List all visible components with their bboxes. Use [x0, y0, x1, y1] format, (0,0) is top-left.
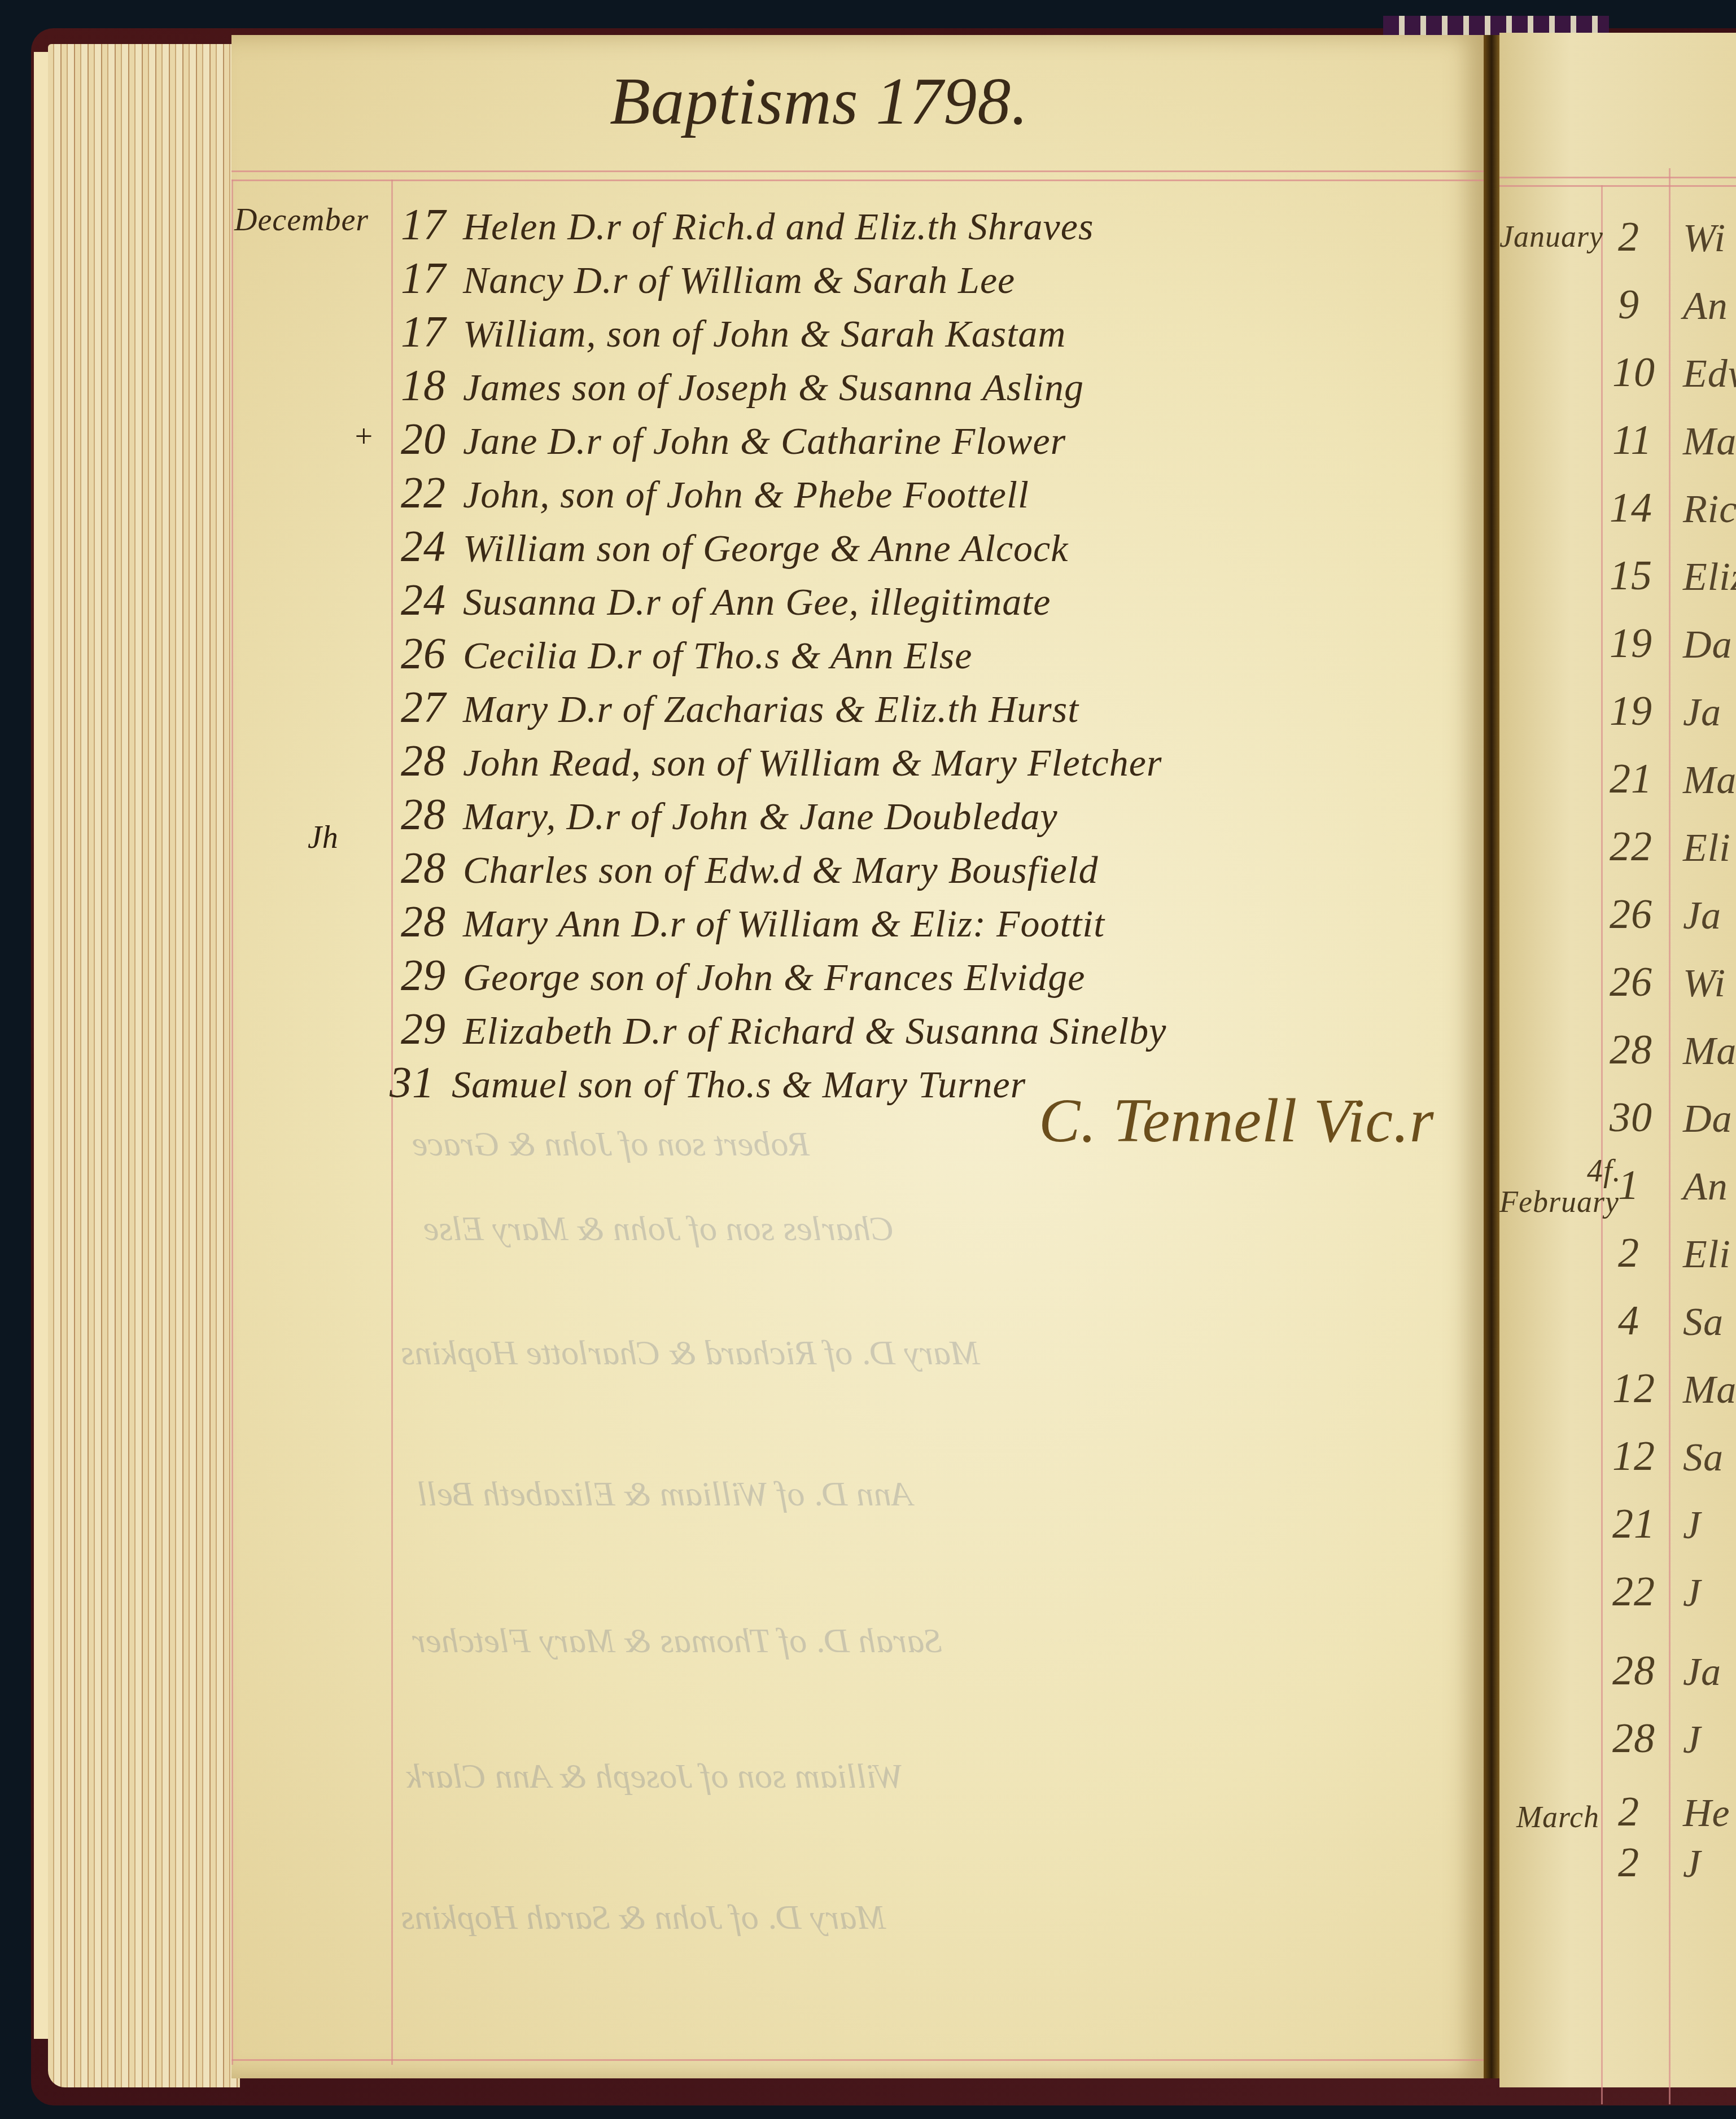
entry-day: 2: [1618, 1788, 1639, 1836]
entry-day: 29: [401, 1003, 446, 1054]
entry-day: 14: [1610, 484, 1652, 532]
entry-day: 19: [1610, 620, 1652, 668]
bleed-through-text: Ann D. of William & Elizabeth Bell: [418, 1474, 913, 1514]
entry-day: 19: [1610, 688, 1652, 735]
entry-text: Ja: [1683, 690, 1721, 735]
margin-mark: 4f.: [1587, 1153, 1621, 1189]
entry-day: 26: [1610, 891, 1652, 939]
entry-day: 4: [1618, 1297, 1639, 1345]
entry-day: 27: [401, 681, 446, 732]
entry-text: Da: [1683, 1097, 1733, 1142]
entry-day: 20: [401, 413, 446, 464]
footer-rule: [231, 2059, 1485, 2061]
header-rule: [231, 170, 1485, 172]
entry-day: 17: [401, 199, 446, 249]
vicar-signature: C. Tennell Vic.r: [1039, 1085, 1434, 1157]
entry-text: An: [1683, 1164, 1728, 1210]
entry-day: 28: [1612, 1647, 1655, 1695]
month-label: January: [1499, 219, 1603, 254]
bleed-through-text: Sarah D. of Thomas & Mary Fletcher: [412, 1621, 942, 1661]
entry-day: 28: [1612, 1715, 1655, 1763]
bleed-through-text: Mary D. of Richard & Charlotte Hopkins: [401, 1333, 980, 1373]
book-gutter: [1484, 35, 1499, 2078]
entry-day: 2: [1618, 1229, 1639, 1277]
entry-text: Jane D.r of John & Catharine Flower: [463, 419, 1066, 463]
entry-day: 22: [1610, 823, 1652, 871]
entry-day: 17: [401, 252, 446, 303]
page-title: Baptisms 1798.: [610, 63, 1029, 140]
entry-day: 31: [390, 1057, 435, 1107]
entry-day: 26: [1610, 958, 1652, 1006]
entry-text: Mary D.r of Zacharias & Eliz.th Hurst: [463, 687, 1079, 732]
entry-day: 28: [401, 789, 446, 839]
entry-day: 22: [401, 467, 446, 518]
entry-day: 28: [401, 735, 446, 786]
entry-day: 24: [401, 574, 446, 625]
entry-day: 11: [1612, 417, 1652, 465]
entry-day: 29: [401, 949, 446, 1000]
bleed-through-text: William son of Joseph & Ann Clark: [406, 1757, 904, 1797]
entry-day: 22: [1612, 1568, 1655, 1616]
entry-day: 17: [401, 306, 446, 357]
entry-text: Ma: [1683, 419, 1736, 465]
bleed-through-text: Mary D. of John & Sarah Hopkins: [401, 1898, 886, 1938]
entry-text: Mary Ann D.r of William & Eliz: Foottit: [463, 901, 1105, 946]
entry-day: 28: [401, 842, 446, 893]
entry-text: Charles son of Edw.d & Mary Bousfield: [463, 848, 1099, 892]
entry-day: 2: [1618, 1839, 1639, 1887]
entry-day: 30: [1610, 1094, 1652, 1142]
entry-text: Da: [1683, 623, 1733, 668]
entry-text: George son of John & Frances Elvidge: [463, 955, 1085, 1000]
entry-text: J: [1683, 1503, 1701, 1548]
entry-text: Susanna D.r of Ann Gee, illegitimate: [463, 580, 1051, 624]
entry-day: 28: [1610, 1026, 1652, 1074]
entry-text: Wi: [1683, 216, 1726, 261]
entry-day: 12: [1612, 1365, 1655, 1413]
day-column-rule: [1669, 168, 1671, 2104]
entry-text: Ma: [1683, 1368, 1736, 1413]
entry-text: Ric: [1683, 487, 1736, 532]
entry-text: Helen D.r of Rich.d and Eliz.th Shraves: [463, 204, 1094, 249]
entry-text: Samuel son of Tho.s & Mary Turner: [452, 1062, 1026, 1107]
entry-text: J: [1683, 1571, 1701, 1616]
entry-text: Mary, D.r of John & Jane Doubleday: [463, 794, 1058, 839]
bleed-through-text: Robert son of John & Grace: [412, 1124, 810, 1164]
entry-day: 24: [401, 520, 446, 571]
entry-text: John, son of John & Phebe Foottell: [463, 472, 1029, 517]
entry-day: 1: [1618, 1162, 1639, 1210]
entry-text: Ma: [1683, 1029, 1736, 1074]
entry-day: 26: [401, 628, 446, 678]
left-page: Robert son of John & Grace Charles son o…: [231, 35, 1485, 2078]
month-label: December: [234, 202, 369, 238]
entry-text: James son of Joseph & Susanna Asling: [463, 365, 1084, 410]
day-column-rule: [391, 179, 393, 2065]
entry-text: William, son of John & Sarah Kastam: [463, 312, 1066, 356]
entry-text: Cecilia D.r of Tho.s & Ann Else: [463, 633, 972, 678]
margin-mark: +: [353, 419, 375, 455]
entry-text: Eli: [1683, 826, 1731, 871]
margin-rule: [231, 179, 233, 2065]
entry-day: 15: [1610, 552, 1652, 600]
entry-day: 10: [1612, 349, 1655, 397]
margin-rule: [1601, 185, 1603, 2104]
entry-text: Edw: [1683, 352, 1736, 397]
entry-text: Eli: [1683, 1232, 1731, 1277]
right-page: January February March 4f. 2 Wi 9 An 10 …: [1499, 33, 1736, 2087]
entry-day: 9: [1618, 281, 1639, 329]
month-label: February: [1499, 1184, 1619, 1219]
entry-day: 2: [1618, 213, 1639, 261]
entry-text: An: [1683, 284, 1728, 329]
header-rule: [1499, 177, 1736, 178]
month-label: March: [1516, 1800, 1599, 1835]
entry-text: John Read, son of William & Mary Fletche…: [463, 741, 1162, 785]
entry-text: J: [1683, 1842, 1701, 1887]
entry-text: He: [1683, 1791, 1730, 1836]
header-rule-double: [231, 179, 1485, 181]
entry-day: 21: [1612, 1500, 1655, 1548]
entry-text: Ja: [1683, 1650, 1721, 1695]
entry-text: William son of George & Anne Alcock: [463, 526, 1068, 571]
entry-day: 12: [1612, 1433, 1655, 1481]
entry-day: 28: [401, 896, 446, 947]
entry-day: 18: [401, 360, 446, 410]
entry-text: Ma: [1683, 758, 1736, 803]
header-rule-double: [1499, 185, 1736, 187]
entry-text: J: [1683, 1718, 1701, 1763]
page-edges-stack: [48, 44, 240, 2087]
entry-text: Sa: [1683, 1300, 1724, 1345]
entry-text: Nancy D.r of William & Sarah Lee: [463, 258, 1015, 303]
entry-text: Eliz: [1683, 555, 1736, 600]
margin-mark: Jh: [308, 820, 339, 856]
bleed-through-text: Charles son of John & Mary Else: [423, 1209, 894, 1249]
entry-text: Ja: [1683, 894, 1721, 939]
entry-text: Wi: [1683, 961, 1726, 1006]
entry-day: 21: [1610, 755, 1652, 803]
entry-text: Sa: [1683, 1435, 1724, 1481]
entry-text: Elizabeth D.r of Richard & Susanna Sinel…: [463, 1009, 1166, 1053]
